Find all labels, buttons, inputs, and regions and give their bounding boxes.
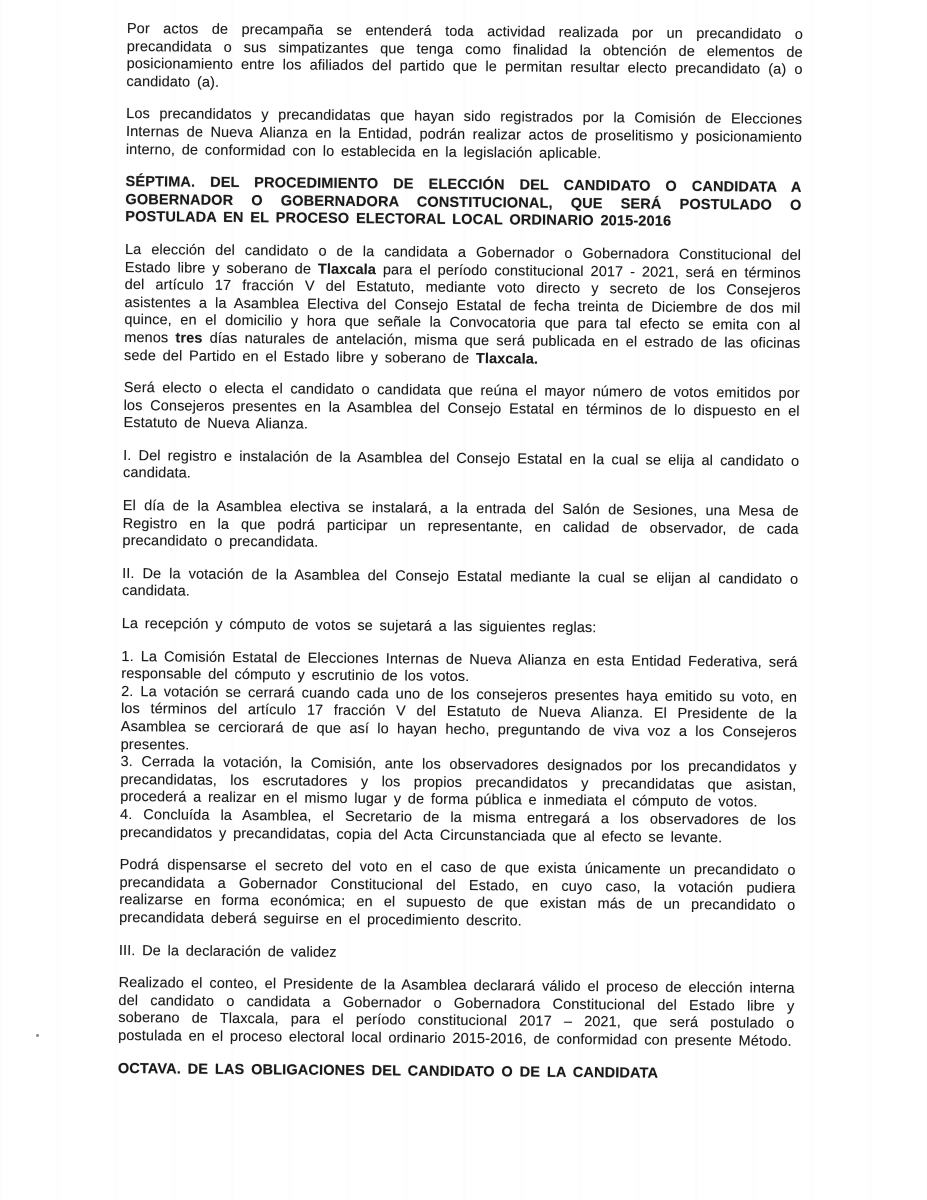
text-run: Tlaxcala. [476, 351, 538, 368]
text-run: 4. Concluída la Asamblea, el Secretario … [120, 807, 796, 846]
text-run: III. De la declaración de validez [119, 942, 337, 960]
list-item-regla-2: 2. La votación se cerrará cuando cada un… [121, 684, 798, 760]
text-run: días naturales de antelación, misma que … [124, 331, 800, 367]
paragraph-declaracion-valido: Realizado el conteo, el Presidente de la… [118, 975, 795, 1051]
text-run: El día de la Asamblea electiva se instal… [122, 498, 798, 551]
document-page: Por actos de precampaña se entenderá tod… [0, 0, 927, 1200]
text-run: La recepción y cómputo de votos se sujet… [122, 616, 597, 636]
list-item-regla-4: 4. Concluída la Asamblea, el Secretario … [120, 807, 796, 848]
paragraph-sera-electo: Será electo o electa el candidato o cand… [123, 380, 799, 439]
text-run: 1. La Comisión Estatal de Elecciones Int… [121, 649, 797, 686]
clause-i-registro-instalacion: I. Del registro e instalación de la Asam… [123, 448, 799, 489]
text-run: I. Del registro e instalación de la Asam… [123, 448, 799, 482]
text-run: Los precandidatos y precandidatas que ha… [126, 106, 802, 161]
heading-octava: OCTAVA. DE LAS OBLIGACIONES DEL CANDIDAT… [118, 1060, 794, 1083]
paragraph-mesa-registro: El día de la Asamblea electiva se instal… [122, 498, 798, 557]
text-run: Será electo o electa el candidato o cand… [123, 380, 799, 433]
paragraph-recepcion-computo: La recepción y cómputo de votos se sujet… [122, 616, 798, 639]
list-item-regla-1: 1. La Comisión Estatal de Elecciones Int… [121, 649, 797, 690]
text-run: II. De la votación de la Asamblea del Co… [122, 566, 798, 600]
text-run: Tlaxcala [318, 261, 376, 278]
text-run: SÉPTIMA. DEL PROCEDIMIENTO DE ELECCIÓN D… [125, 174, 801, 230]
scan-speck [36, 1034, 39, 1037]
page-content: Por actos de precampaña se entenderá tod… [118, 21, 803, 1099]
clause-iii-declaracion-validez: III. De la declaración de validez [119, 942, 795, 965]
heading-septima: SÉPTIMA. DEL PROCEDIMIENTO DE ELECCIÓN D… [125, 174, 801, 233]
list-item-regla-3: 3. Cerrada la votación, la Comisión, ant… [120, 754, 796, 813]
paragraph-eleccion-candidato: La elección del candidato o de la candid… [124, 242, 801, 371]
text-run: 3. Cerrada la votación, la Comisión, ant… [120, 754, 796, 811]
paragraph-registro-precandidatos: Los precandidatos y precandidatas que ha… [126, 106, 802, 165]
text-run: tres [175, 330, 202, 346]
text-run: Realizado el conteo, el Presidente de la… [118, 975, 795, 1050]
paragraph-actos-precampana: Por actos de precampaña se entenderá tod… [126, 21, 803, 97]
text-run: OCTAVA. DE LAS OBLIGACIONES DEL CANDIDAT… [118, 1060, 658, 1081]
text-run: 2. La votación se cerrará cuando cada un… [121, 684, 798, 753]
clause-ii-votacion: II. De la votación de la Asamblea del Co… [122, 566, 798, 607]
text-run: Por actos de precampaña se entenderá tod… [126, 21, 803, 91]
text-run: Podrá dispensarse el secreto del voto en… [119, 857, 796, 929]
paragraph-dispensa-secreto: Podrá dispensarse el secreto del voto en… [119, 857, 796, 933]
